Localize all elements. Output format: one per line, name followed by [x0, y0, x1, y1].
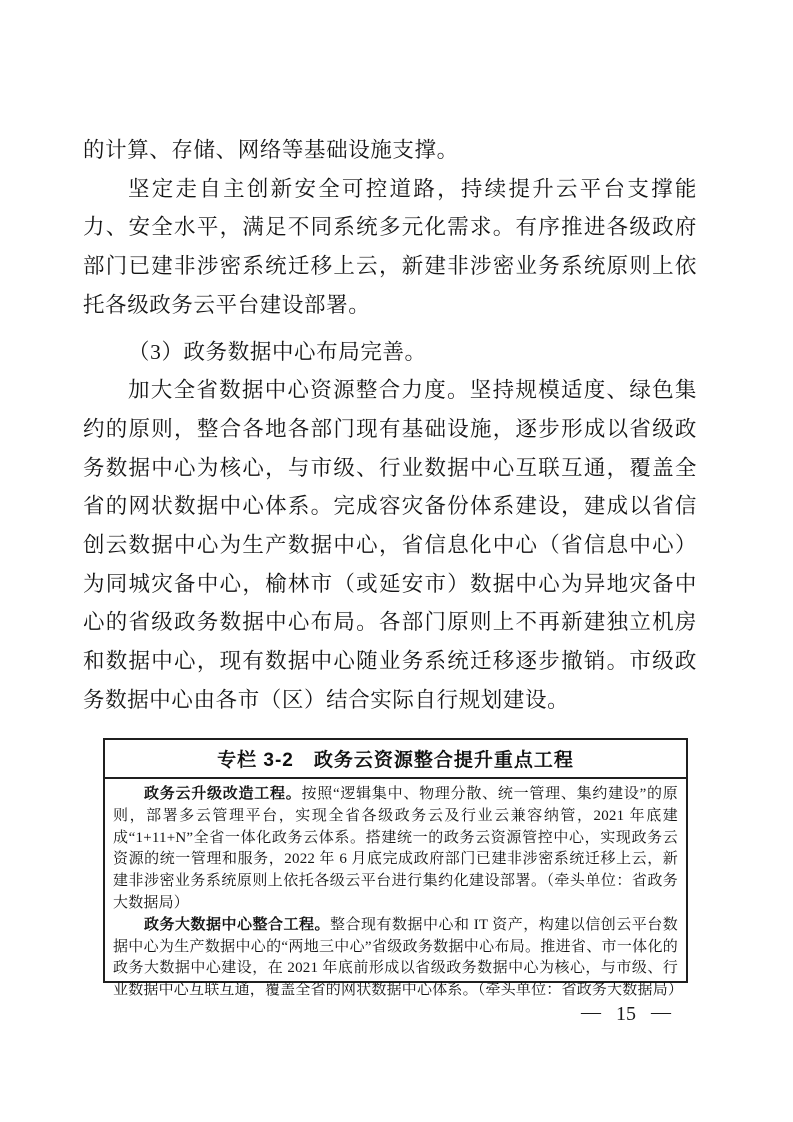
body-paragraph-heading: （3）政务数据中心布局完善。: [83, 333, 697, 372]
panel-project-lead: 政务云升级改造工程。: [144, 786, 302, 802]
body-text-block: 的计算、存储、网络等基础设施支撑。 坚定走自主创新安全可控道路，持续提升云平台支…: [83, 131, 697, 720]
highlight-box-title: 专栏 3-2 政务云资源整合提升重点工程: [105, 740, 686, 779]
page-number: 15: [616, 1003, 636, 1026]
page-footer: — 15 —: [560, 1003, 692, 1026]
document-page: 的计算、存储、网络等基础设施支撑。 坚定走自主创新安全可控道路，持续提升云平台支…: [0, 0, 793, 1122]
highlight-box-body: 政务云升级改造工程。按照“逻辑集中、物理分散、统一管理、集约建设”的原则，部署多…: [105, 779, 686, 1010]
body-paragraph: 坚定走自主创新安全可控道路，持续提升云平台支撑能力、安全水平，满足不同系统多元化…: [83, 170, 697, 325]
panel-project-lead: 政务大数据中心整合工程。: [144, 917, 330, 933]
panel-paragraph: 政务云升级改造工程。按照“逻辑集中、物理分散、统一管理、集约建设”的原则，部署多…: [113, 784, 678, 915]
panel-paragraph: 政务大数据中心整合工程。整合现有数据中心和 IT 资产，构建以信创云平台数据中心…: [113, 915, 678, 1002]
footer-left-dash: —: [581, 1001, 601, 1024]
footer-right-dash: —: [651, 1001, 671, 1024]
body-paragraph: 加大全省数据中心资源整合力度。坚持规模适度、绿色集约的原则，整合各地各部门现有基…: [83, 371, 697, 719]
highlight-box: 专栏 3-2 政务云资源整合提升重点工程 政务云升级改造工程。按照“逻辑集中、物…: [103, 738, 688, 983]
body-paragraph: 的计算、存储、网络等基础设施支撑。: [83, 131, 697, 170]
panel-project-body: 按照“逻辑集中、物理分散、统一管理、集约建设”的原则，部署多云管理平台，实现全省…: [113, 786, 678, 911]
